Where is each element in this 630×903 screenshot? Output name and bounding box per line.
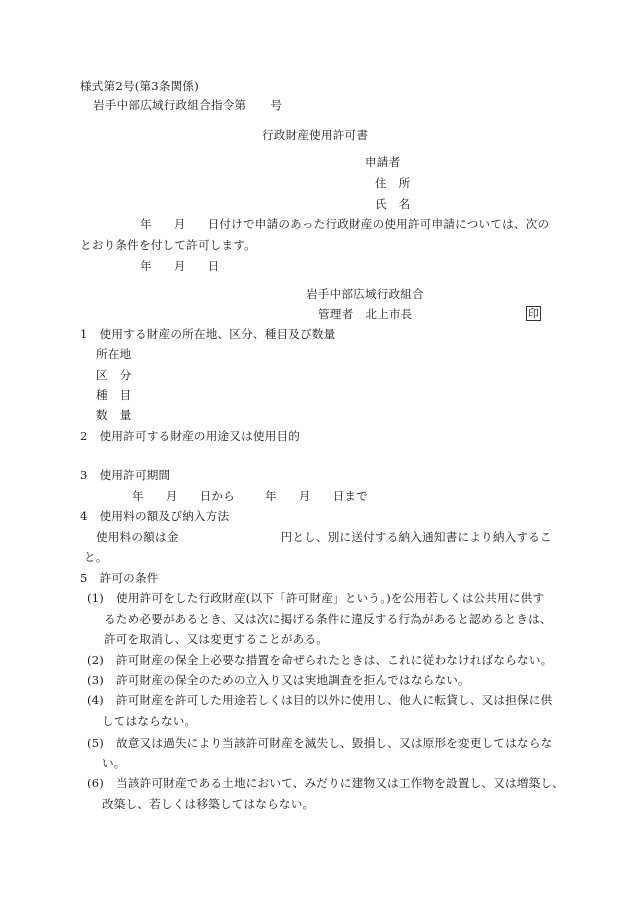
field-location: 所在地 [96,347,131,361]
applicant-name-label: 氏 名 [375,197,410,211]
order-number: 岩手中部広域行政組合指令第号 [93,98,282,112]
intro-line-1: 年月日付けで申請のあった行政財産の使用許可申請については、次の [140,217,549,231]
section-4-heading: 4使用料の額及び納入方法 [80,509,229,523]
issuer-signature: 管理者北上市長 [318,307,413,321]
section-2-heading: 2使用許可する財産の用途又は使用目的 [80,429,300,443]
seal-mark: 印 [526,306,541,321]
section-5-heading: 5許可の条件 [80,571,159,585]
issue-date: 年月日 [140,259,219,273]
form-label: 様式第2号(第3条関係) [80,79,199,93]
section-3-heading: 3使用許可期間 [80,468,170,482]
issuer-org: 岩手中部広域行政組合 [306,287,424,301]
section-1-heading: 1使用する財産の所在地、区分、種目及び数量 [80,327,335,341]
field-quantity: 数 量 [96,408,131,422]
usage-period: 年月日から年月日まで [132,489,368,503]
field-type: 種 目 [96,388,131,402]
seal-icon: 印 [526,306,541,321]
intro-line-2: とおり条件を付して許可します。 [80,238,256,252]
document-title: 行政財産使用許可書 [262,128,368,142]
applicant-heading: 申請者 [365,155,400,169]
fee-line-2: と。 [84,550,108,564]
fee-line-1: 使用料の額は金円とし、別に送付する納入通知書により納入するこ [96,530,552,544]
field-category: 区 分 [96,368,131,382]
applicant-address-label: 住 所 [375,176,410,190]
